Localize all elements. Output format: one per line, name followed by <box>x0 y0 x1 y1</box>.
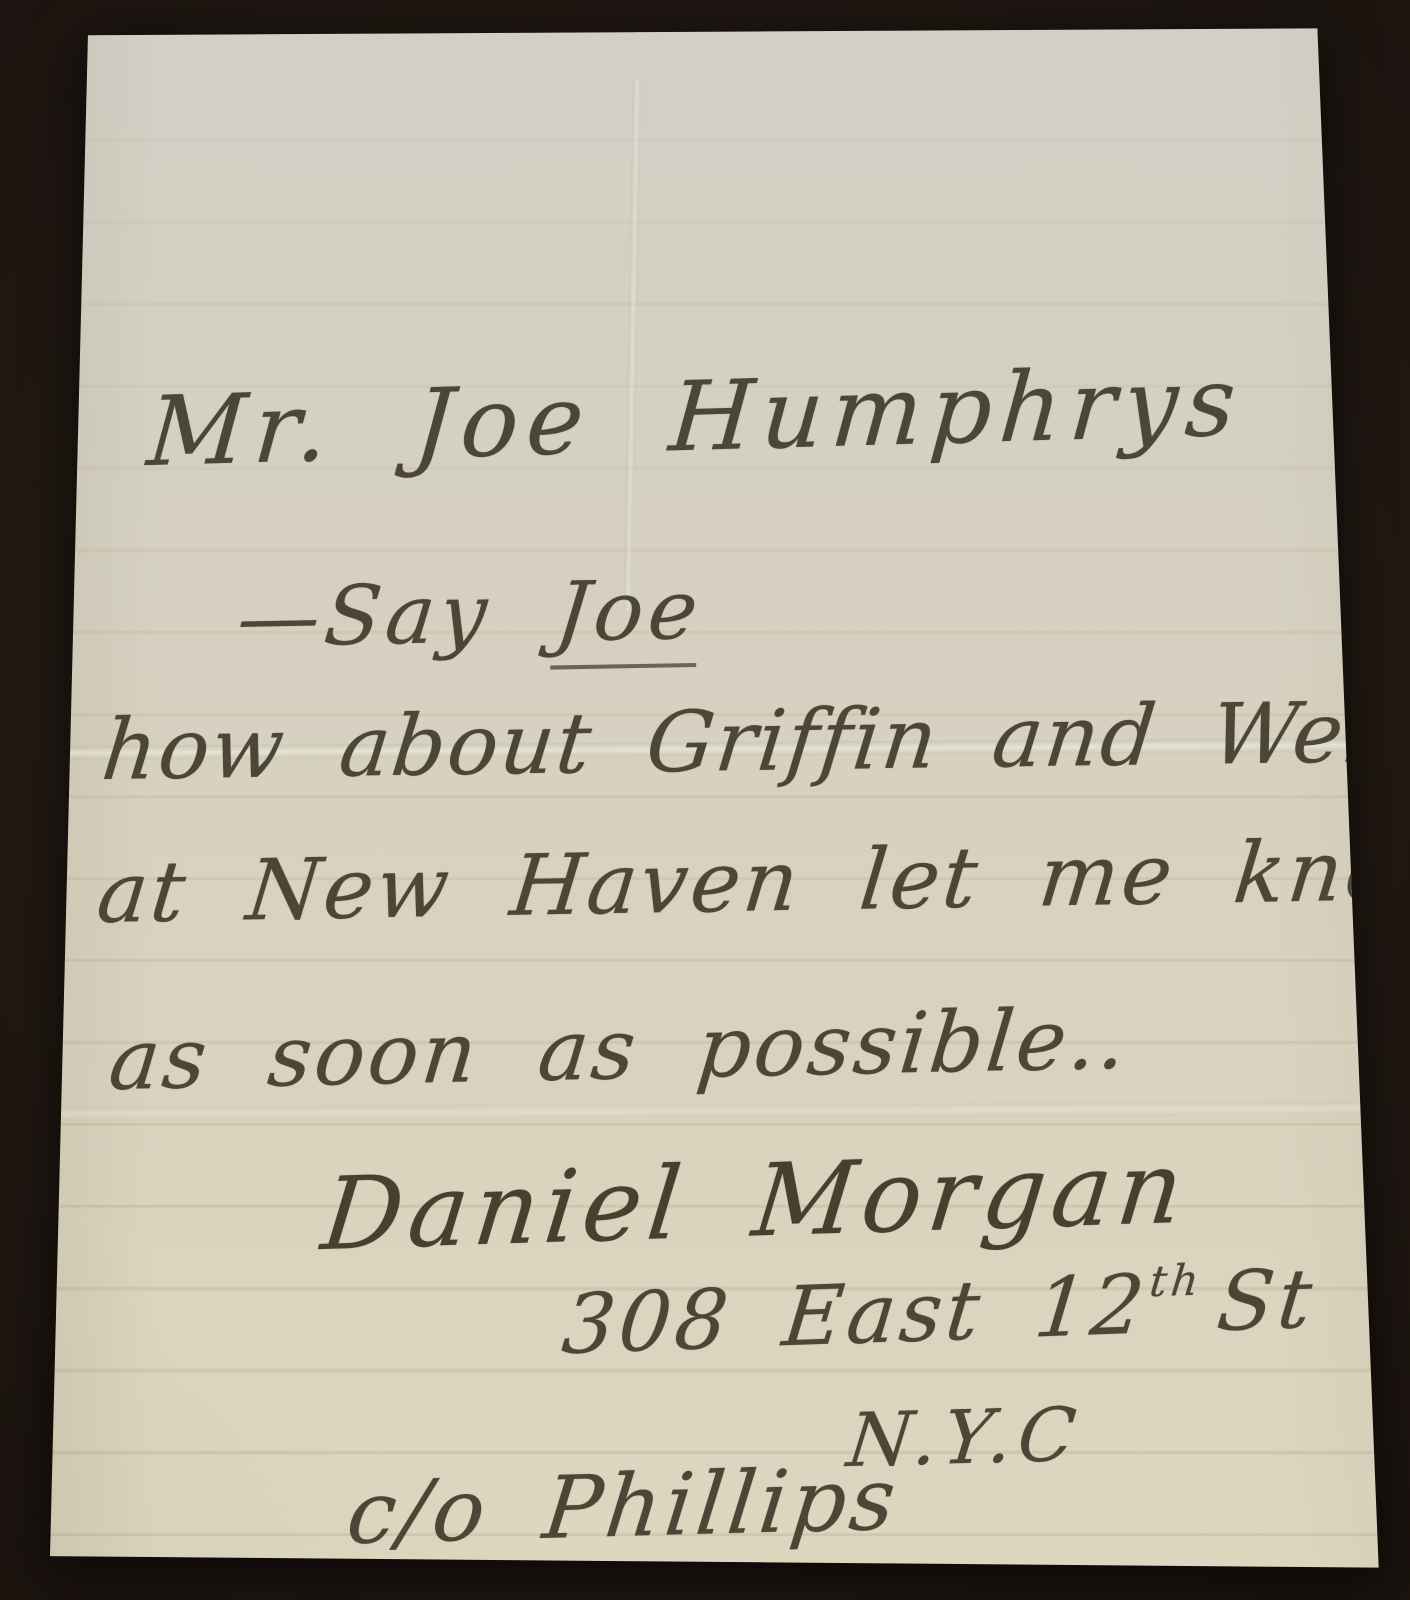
care-of-line: c/o Phillips <box>342 1449 904 1564</box>
body-line-1: how about Griffin and Welsh <box>98 682 1410 799</box>
recipient-line: Mr. Joe Humphrys <box>144 345 1248 488</box>
body-line-3: as soon as possible.. <box>105 990 1134 1110</box>
greeting-name-underlined: Joe <box>550 563 707 670</box>
letter-photo: Mr. Joe Humphrys —Say Joe how about Grif… <box>0 0 1410 1600</box>
greeting-word: Say <box>320 566 496 664</box>
body-line-2: at New Haven let me know <box>93 820 1410 942</box>
handwriting-layer: Mr. Joe Humphrys —Say Joe how about Grif… <box>48 26 1380 1570</box>
greeting-dash: — <box>233 569 330 666</box>
greeting-line: —Say Joe <box>233 563 707 666</box>
signature-line: Daniel Morgan <box>317 1129 1195 1274</box>
address-street-line: 308 East 12thSt <box>558 1252 1320 1374</box>
street-ordinal-superscript: th <box>1147 1255 1205 1307</box>
letter-paper: Mr. Joe Humphrys —Say Joe how about Grif… <box>48 26 1380 1570</box>
street-main: 308 East 12 <box>558 1257 1152 1373</box>
street-suffix: St <box>1213 1252 1320 1351</box>
paper-shadow-wrap: Mr. Joe Humphrys —Say Joe how about Grif… <box>0 0 1410 1600</box>
